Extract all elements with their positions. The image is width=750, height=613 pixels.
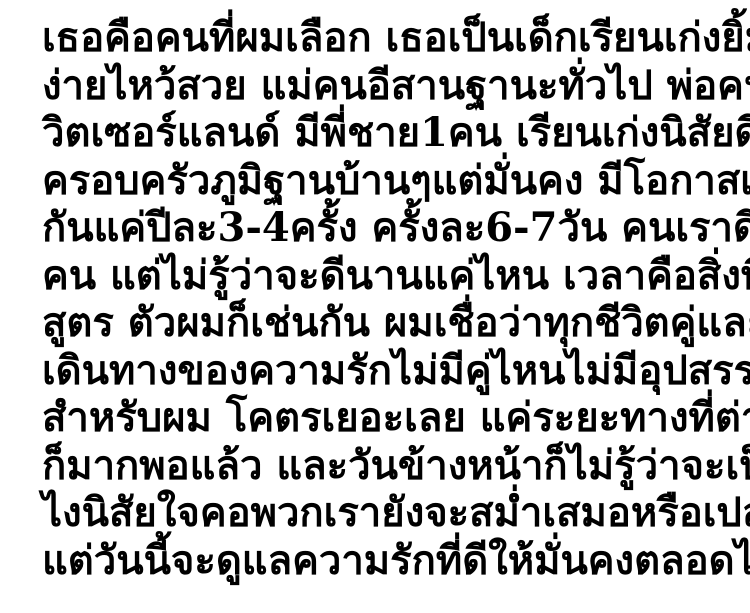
page-background: เธอคือคนที่ผมเลือก เธอเป็นเด็กเรียนเก่งย… bbox=[0, 0, 750, 613]
text-line-12: แต่วันนี้จะดูแลความรักที่ดีให้มั่นคงตลอด… bbox=[42, 537, 720, 585]
post-text: เธอคือคนที่ผมเลือก เธอเป็นเด็กเรียนเก่งย… bbox=[42, 14, 720, 584]
text-line-1: เธอคือคนที่ผมเลือก เธอเป็นเด็กเรียนเก่งย… bbox=[42, 14, 720, 62]
text-line-10: ก็มากพอแล้ว และวันข้างหน้าก็ไม่รู้ว่าจะเ… bbox=[42, 442, 720, 490]
text-line-9: สำหรับผม โคตรเยอะเลย แค่ระยะทางที่ต่างกั… bbox=[42, 394, 720, 442]
text-line-4: ครอบครัวภูมิฐานบ้านๆแต่มั่นคง มีโอกาสเจอ bbox=[42, 157, 720, 205]
text-line-5: กันแค่ปีละ3-4ครั้ง ครั้งละ6-7วัน คนเราดี… bbox=[42, 204, 720, 252]
text-line-11: ไงนิสัยใจคอพวกเรายังจะสม่ำเสมอหรือเปล่า bbox=[42, 489, 720, 537]
text-line-7: สูตร ตัวผมก็เช่นกัน ผมเชื่อว่าทุกชีวิตคู… bbox=[42, 299, 720, 347]
text-line-3: วิตเซอร์แลนด์ มีพี่ชาย1คน เรียนเก่งนิสัย… bbox=[42, 109, 720, 157]
text-line-2: ง่ายไหว้สวย แม่คนอีสานฐานะทั่วไป พ่อคนส bbox=[42, 62, 720, 110]
text-line-6: คน แต่ไม่รู้ว่าจะดีนานแค่ไหน เวลาคือสิ่ง… bbox=[42, 252, 720, 300]
text-line-8: เดินทางของความรักไม่มีคู่ไหนไม่มีอุปสรรค bbox=[42, 347, 720, 395]
